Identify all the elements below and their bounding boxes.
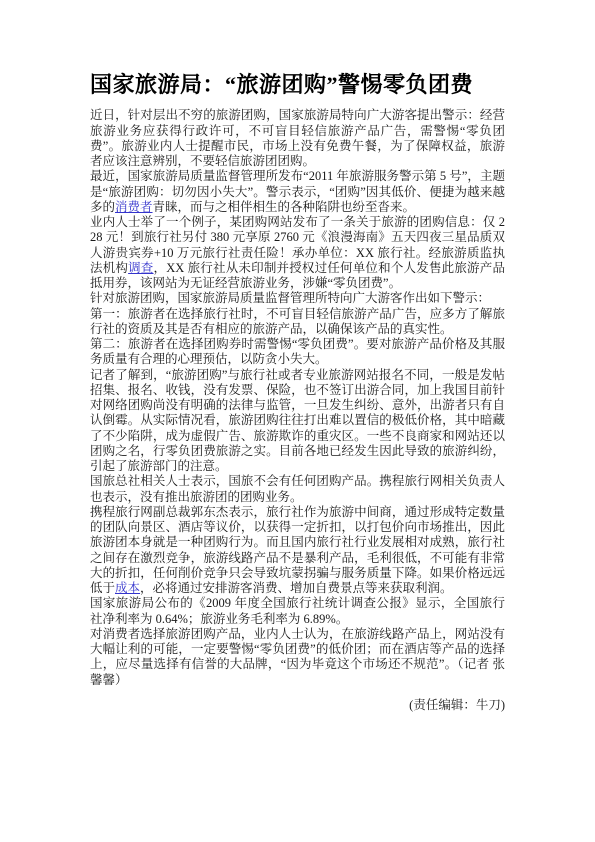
- paragraph-warning-second: 第二：旅游者在选择团购券时需警惕“零负团费”。要对旅游产品价格及其服务质量有合理…: [90, 337, 505, 368]
- paragraph-warning-first: 第一：旅游者在选择旅行社时，不可盲目轻信旅游产品广告，应多方了解旅行社的资质及其…: [90, 307, 505, 338]
- paragraph-statistics: 国家旅游局公布的《2009 年度全国旅行社统计调查公报》显示，全国旅行社净利率为…: [90, 596, 505, 627]
- paragraph-reporter-findings: 记者了解到，“旅游团购”与旅行社或者专业旅游网站报名不同，一般是发帖招集、报名、…: [90, 368, 505, 475]
- text-run: 近日，针对层出不穷的旅游团购，国家旅游局特向广大游客提出警示：经营旅游业务应获得…: [90, 108, 505, 168]
- text-run: 国旅总社相关人士表示，国旅不会有任何团购产品。携程旅行网相关负责人也表示，没有推…: [90, 474, 505, 503]
- text-run: 对消费者选择旅游团购产品，业内人士认为，在旅游线路产品上，网站没有大幅让利的可能…: [90, 627, 505, 687]
- inline-link[interactable]: 成本: [115, 581, 140, 595]
- paragraph-warning-lead: 针对旅游团购，国家旅游局质量监督管理所特向广大游客作出如下警示：: [90, 291, 505, 306]
- text-run: 针对旅游团购，国家旅游局质量监督管理所特向广大游客作出如下警示：: [90, 291, 490, 305]
- paragraph-editor-credit: (责任编辑：牛刀): [90, 698, 505, 713]
- paragraph-cits-ctrip: 国旅总社相关人士表示，国旅不会有任何团购产品。携程旅行网相关负责人也表示，没有推…: [90, 474, 505, 505]
- document-page: 国家旅游局：“旅游团购”警惕零负团费 近日，针对层出不穷的旅游团购，国家旅游局特…: [0, 0, 595, 842]
- paragraph-ctrip-vp: 携程旅行网副总裁郭东杰表示，旅行社作为旅游中间商，通过形成特定数量的团队向景区、…: [90, 505, 505, 597]
- text-run: 国家旅游局公布的《2009 年度全国旅行社统计调查公报》显示，全国旅行社净利率为…: [90, 596, 505, 625]
- paragraph-warning-notice: 最近，国家旅游局质量监督管理所发布“2011 年旅游服务警示第 5 号”，主题是…: [90, 169, 505, 215]
- paragraph-intro: 近日，针对层出不穷的旅游团购，国家旅游局特向广大游客提出警示：经营旅游业务应获得…: [90, 108, 505, 169]
- paragraph-advice: 对消费者选择旅游团购产品，业内人士认为，在旅游线路产品上，网站没有大幅让利的可能…: [90, 627, 505, 688]
- paragraph-example: 业内人士举了一个例子，某团购网站发布了一条关于旅游的团购信息：仅 228 元！到…: [90, 215, 505, 291]
- text-run: 第一：旅游者在选择旅行社时，不可盲目轻信旅游产品广告，应多方了解旅行社的资质及其…: [90, 307, 505, 336]
- article-body: 近日，针对层出不穷的旅游团购，国家旅游局特向广大游客提出警示：经营旅游业务应获得…: [90, 108, 505, 713]
- text-run: ，必将通过安排游客消费、增加自费景点等来获取利润。: [140, 581, 453, 595]
- text-run: 第二：旅游者在选择团购券时需警惕“零负团费”。要对旅游产品价格及其服务质量有合理…: [90, 337, 505, 366]
- text-run: 记者了解到，“旅游团购”与旅行社或者专业旅游网站报名不同，一般是发帖招集、报名、…: [90, 368, 505, 474]
- inline-link[interactable]: 消费者: [115, 200, 153, 214]
- article-title: 国家旅游局：“旅游团购”警惕零负团费: [90, 70, 505, 100]
- text-run: 青睐，而与之相伴相生的各种陷阱也纷至沓来。: [153, 200, 416, 214]
- inline-link[interactable]: 调查: [128, 261, 153, 275]
- text-run: (责任编辑：牛刀): [409, 698, 505, 712]
